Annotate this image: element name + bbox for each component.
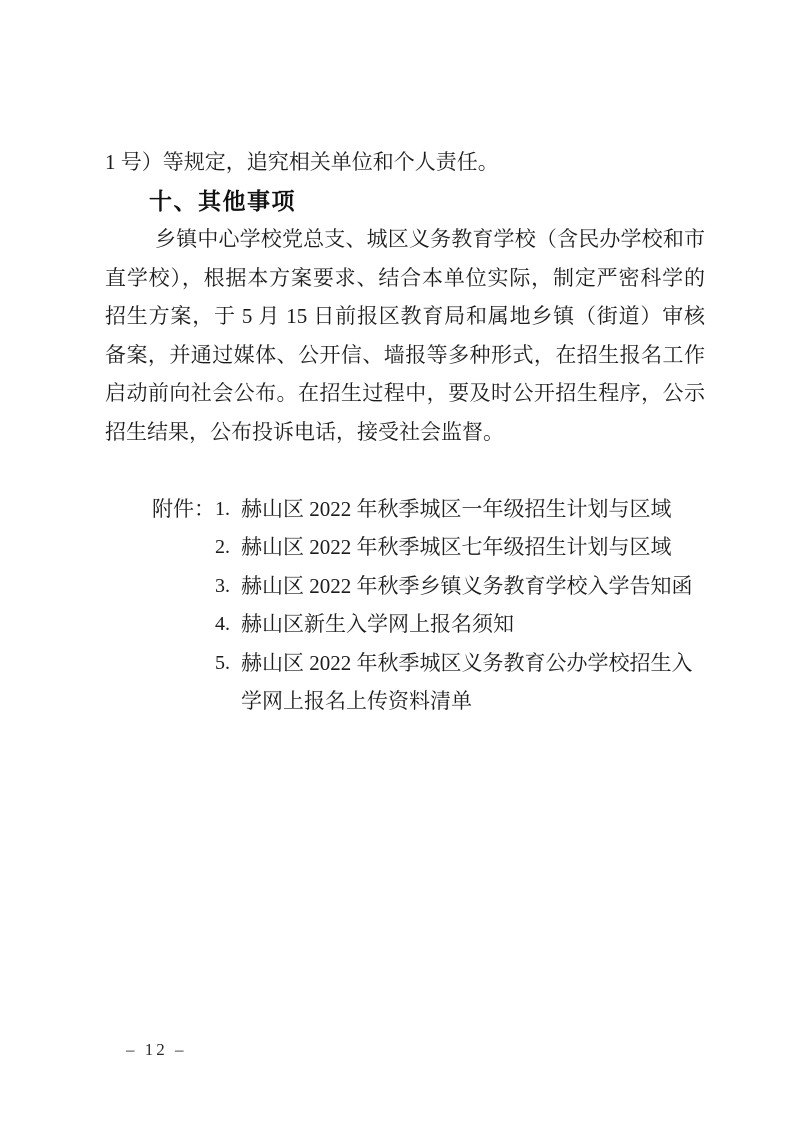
document-page: 1 号）等规定，追究相关单位和个人责任。 十、其他事项 乡镇中心学校党总支、城区…	[0, 0, 800, 1131]
paragraph-line: 招生结果，公布投诉电话，接受社会监督。	[105, 413, 705, 452]
paragraph-continuation-line: 1 号）等规定，追究相关单位和个人责任。	[105, 143, 705, 182]
paragraph-line: 直学校），根据本方案要求、结合本单位实际，制定严密科学的	[105, 259, 705, 298]
attachment-item-text: 赫山区 2022 年秋季乡镇义务教育学校入学告知函	[241, 567, 693, 606]
attachment-line: 赫山区 2022 年秋季城区一年级招生计划与区域	[241, 490, 672, 529]
attachment-item-number: 5.	[215, 644, 241, 683]
attachment-line: 赫山区新生入学网上报名须知	[241, 605, 514, 644]
paragraph-line: 备案，并通过媒体、公开信、墙报等多种形式，在招生报名工作	[105, 336, 705, 375]
body-paragraph: 乡镇中心学校党总支、城区义务教育学校（含民办学校和市 直学校），根据本方案要求、…	[105, 220, 705, 451]
attachment-item-number: 2.	[215, 528, 241, 567]
paragraph-line: 招生方案，于 5 月 15 日前报区教育局和属地乡镇（街道）审核	[105, 297, 705, 336]
page-number: – 12 –	[126, 1038, 187, 1062]
attachment-item-text: 赫山区新生入学网上报名须知	[241, 605, 514, 644]
attachment-item-number: 1.	[215, 490, 241, 529]
document-body: 1 号）等规定，追究相关单位和个人责任。 十、其他事项 乡镇中心学校党总支、城区…	[105, 143, 705, 721]
attachment-item: 2. 赫山区 2022 年秋季城区七年级招生计划与区域	[215, 528, 693, 567]
attachments-label: 附件：	[152, 490, 215, 529]
attachment-item-text: 赫山区 2022 年秋季城区义务教育公办学校招生入学网上报名上传资料清单	[241, 644, 693, 721]
attachment-item-number: 4.	[215, 605, 241, 644]
attachment-item: 3. 赫山区 2022 年秋季乡镇义务教育学校入学告知函	[215, 567, 693, 606]
attachment-item: 4. 赫山区新生入学网上报名须知	[215, 605, 693, 644]
attachment-item-text: 赫山区 2022 年秋季城区一年级招生计划与区域	[241, 490, 672, 529]
attachment-line: 赫山区 2022 年秋季城区七年级招生计划与区域	[241, 528, 672, 567]
attachment-item-text: 赫山区 2022 年秋季城区七年级招生计划与区域	[241, 528, 672, 567]
paragraph-line: 乡镇中心学校党总支、城区义务教育学校（含民办学校和市	[105, 220, 705, 259]
attachment-item: 5. 赫山区 2022 年秋季城区义务教育公办学校招生入学网上报名上传资料清单	[215, 644, 693, 721]
attachments-list: 1. 赫山区 2022 年秋季城区一年级招生计划与区域 2. 赫山区 2022 …	[215, 490, 693, 721]
attachment-item-number: 3.	[215, 567, 241, 606]
paragraph-line: 启动前向社会公布。在招生过程中，要及时公开招生程序，公示	[105, 374, 705, 413]
attachments-block: 附件： 1. 赫山区 2022 年秋季城区一年级招生计划与区域 2. 赫山区 2…	[105, 490, 705, 721]
attachment-line: 学网上报名上传资料清单	[241, 682, 693, 721]
attachment-line: 赫山区 2022 年秋季城区义务教育公办学校招生入	[241, 644, 693, 683]
attachment-item: 1. 赫山区 2022 年秋季城区一年级招生计划与区域	[215, 490, 693, 529]
attachment-line: 赫山区 2022 年秋季乡镇义务教育学校入学告知函	[241, 567, 693, 606]
section-heading: 十、其他事项	[105, 182, 705, 221]
